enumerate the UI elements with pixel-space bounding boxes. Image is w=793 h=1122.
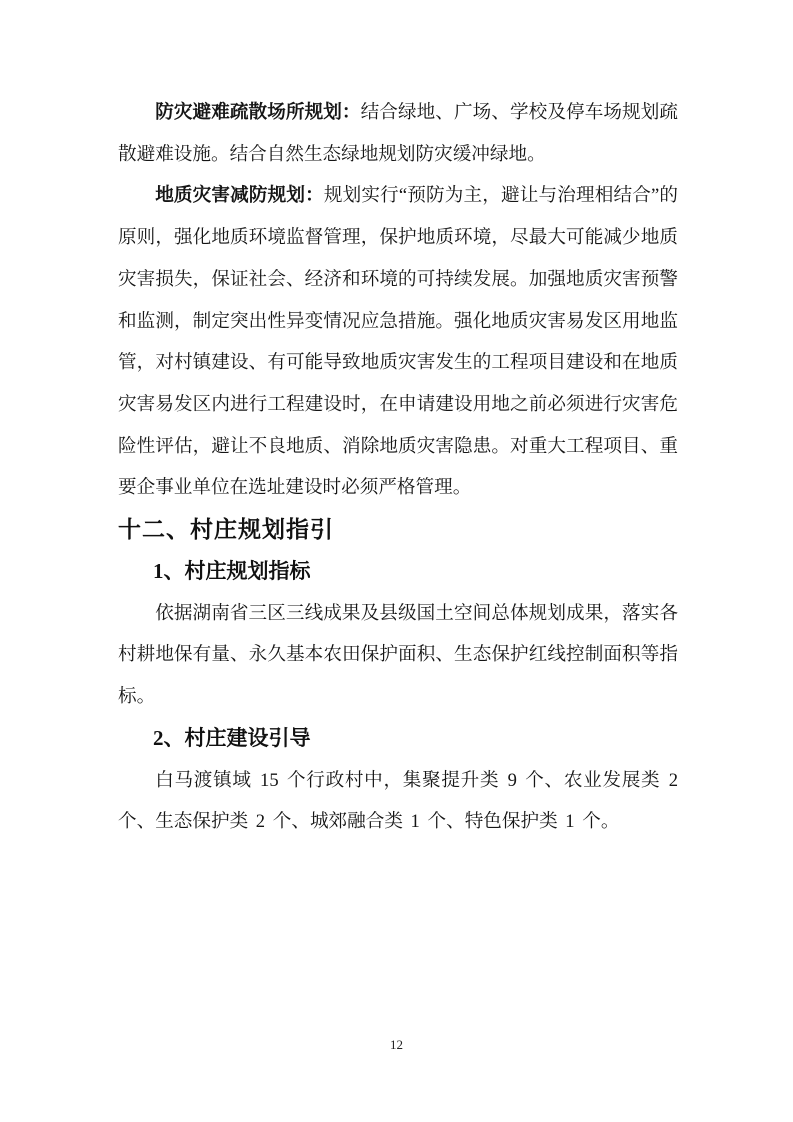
paragraph-geo-hazard: 地质灾害减防规划：规划实行“预防为主，避让与治理相结合”的原则，强化地质环境监督… (118, 175, 678, 509)
page-content: 防灾避难疏散场所规划：结合绿地、广场、学校及停车场规划疏散避难设施。结合自然生态… (118, 92, 678, 843)
subheading-village-construction-guidance: 2、村庄建设引导 (118, 718, 678, 760)
paragraph-lead-geo-hazard: 地质灾害减防规划： (155, 185, 324, 206)
paragraph-lead-disaster-shelter: 防灾避难疏散场所规划： (155, 102, 360, 123)
paragraph-construction: 白马渡镇域 15 个行政村中，集聚提升类 9 个、农业发展类 2 个、生态保护类… (118, 760, 678, 843)
section-heading-village-planning: 十二、村庄规划指引 (118, 509, 678, 551)
paragraph-text-geo-hazard: 规划实行“预防为主，避让与治理相结合”的原则，强化地质环境监督管理，保护地质环境… (118, 185, 678, 498)
subheading-village-planning-indicators: 1、村庄规划指标 (118, 551, 678, 593)
paragraph-indicators: 依据湖南省三区三线成果及县级国土空间总体规划成果，落实各村耕地保有量、永久基本农… (118, 593, 678, 718)
paragraph-disaster-shelter: 防灾避难疏散场所规划：结合绿地、广场、学校及停车场规划疏散避难设施。结合自然生态… (118, 92, 678, 175)
page-number: 12 (0, 1035, 793, 1055)
document-page: 防灾避难疏散场所规划：结合绿地、广场、学校及停车场规划疏散避难设施。结合自然生态… (0, 0, 793, 1122)
